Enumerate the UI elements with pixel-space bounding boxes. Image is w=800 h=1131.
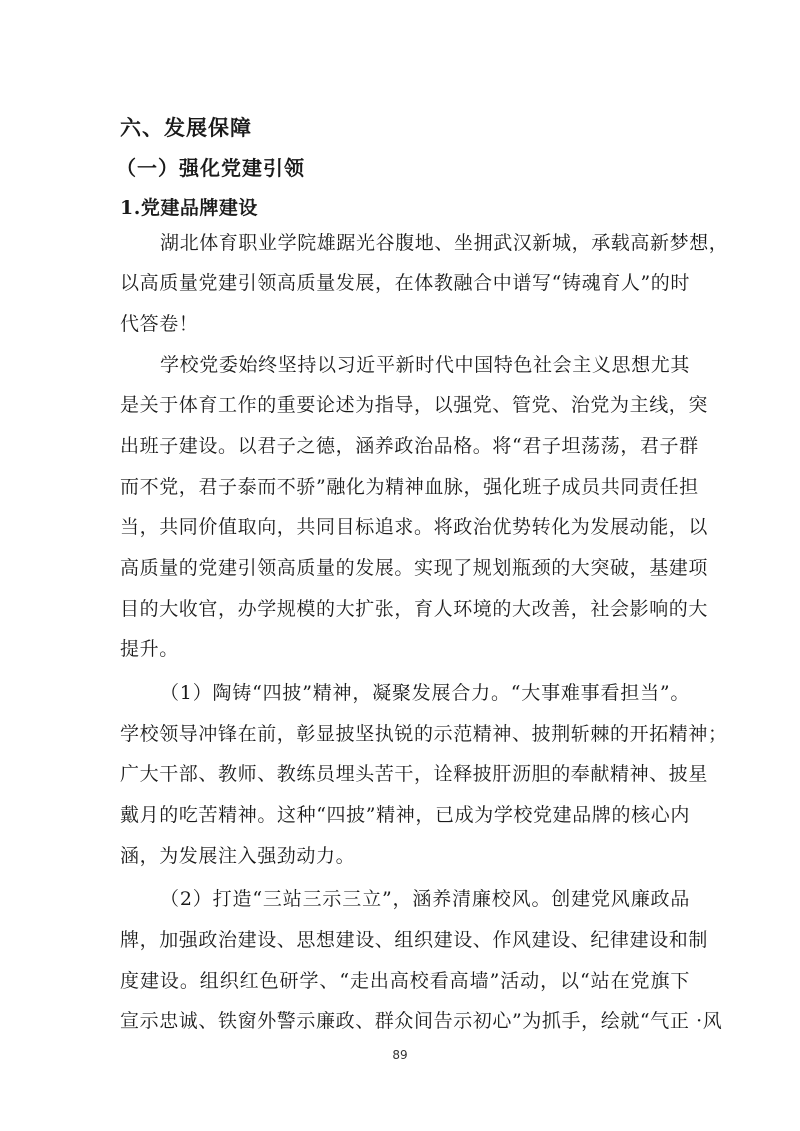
- text-line: 目的大收官，办学规模的大扩张，育人环境的大改善，社会影响的大: [120, 598, 690, 620]
- subsubsection-heading: 1.党建品牌建设: [120, 197, 690, 219]
- text-line: 学校党委始终坚持以习近平新时代中国特色社会主义思想尤其: [160, 354, 690, 376]
- text-line: （2）打造“三站三示三立”，涵养清廉校风。创建党风廉政品: [160, 888, 690, 910]
- text-line: 牌，加强政治建设、思想建设、组织建设、作风建设、纪律建设和制: [120, 929, 690, 951]
- text-line: 代答卷！: [120, 313, 690, 335]
- text-line: 湖北体育职业学院雄踞光谷腹地、坐拥武汉新城，承载高新梦想，: [160, 232, 690, 254]
- text-line: 而不党，君子泰而不骄”融化为精神血脉，强化班子成员共同责任担: [120, 476, 690, 498]
- text-line: 度建设。组织红色研学、“走出高校看高墙”活动，以“站在党旗下: [120, 970, 690, 992]
- text-line: 以高质量党建引领高质量发展，在体教融合中谱写“铸魂育人”的时: [120, 272, 690, 294]
- text-line: 出班子建设。以君子之德，涵养政治品格。将“君子坦荡荡，君子群: [120, 435, 690, 457]
- text-line: 宣示忠诚、铁窗外警示廉政、群众间告示初心”为抓手，绘就“气正 ·风: [120, 1010, 690, 1032]
- section-heading: 六、发展保障: [120, 117, 690, 139]
- text-line: 提升。: [120, 638, 690, 660]
- text-line: 涵，为发展注入强劲动力。: [120, 845, 690, 867]
- text-line: （1）陶铸“四披”精神，凝聚发展合力。“大事难事看担当”。: [160, 682, 690, 704]
- text-line: 是关于体育工作的重要论述为指导，以强党、管党、治党为主线，突: [120, 394, 690, 416]
- text-line: 学校领导冲锋在前，彰显披坚执锐的示范精神、披荆斩棘的开拓精神；: [120, 723, 690, 745]
- subsection-heading: （一）强化党建引领: [116, 157, 686, 179]
- text-line: 戴月的吃苦精神。这种“四披”精神，已成为学校党建品牌的核心内: [120, 804, 690, 826]
- text-line: 当，共同价值取向，共同目标追求。将政治优势转化为发展动能，以: [120, 516, 690, 538]
- page-number: 89: [0, 1048, 800, 1062]
- text-line: 高质量的党建引领高质量的发展。实现了规划瓶颈的大突破，基建项: [120, 557, 690, 579]
- text-line: 广大干部、教师、教练员埋头苦干，诠释披肝沥胆的奉献精神、披星: [120, 763, 690, 785]
- document-page: 六、发展保障 （一）强化党建引领 1.党建品牌建设 湖北体育职业学院雄踞光谷腹地…: [0, 0, 800, 1131]
